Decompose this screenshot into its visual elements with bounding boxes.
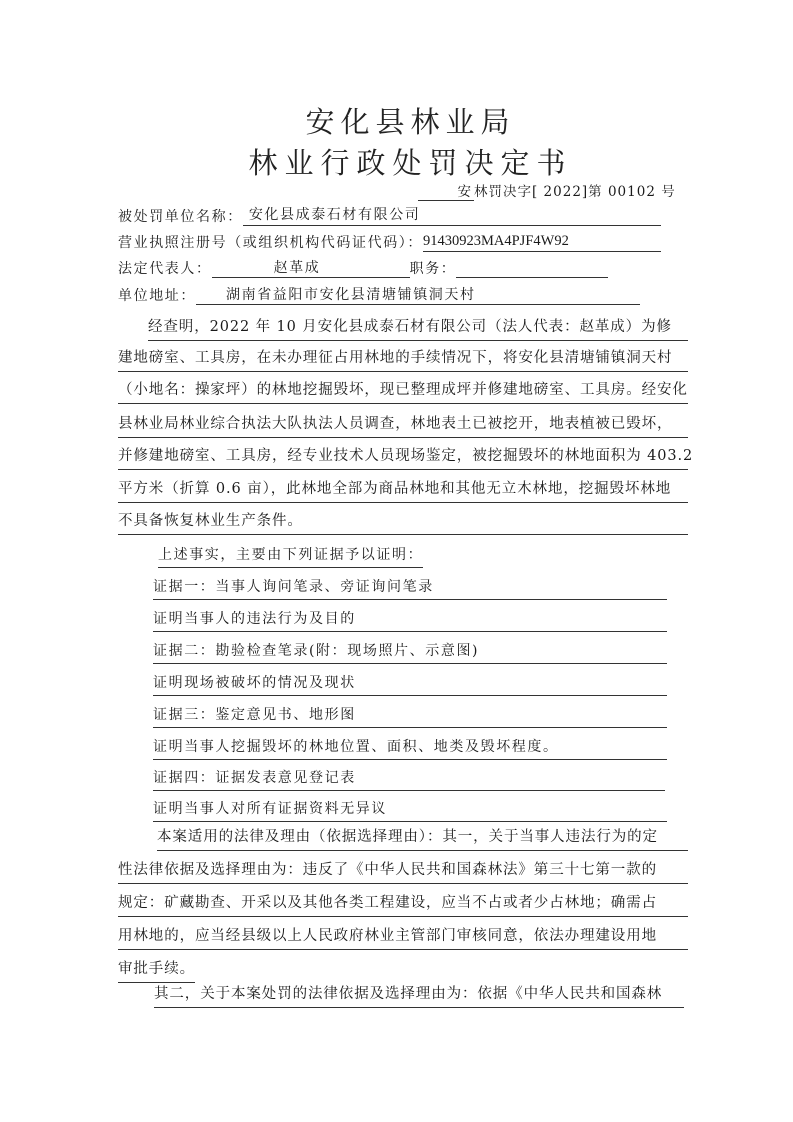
legal-basis-line: 规定：矿藏勘查、开采以及其他各类工程建设，应当不占或者少占林地；确需占 [118, 892, 688, 917]
findings-line: （小地名：操家坪）的林地挖掘毁坏，现已整理成坪并修建地磅室、工具房。经安化 [118, 379, 688, 404]
registration-number-value: 91430923MA4PJF4W92 [423, 232, 661, 252]
penalized-unit-field: 被处罚单位名称： 安化县成泰石材有限公司 [118, 204, 661, 226]
legal-basis-line: 本案适用的法律及理由（依据选择理由）：其一，关于当事人违法行为的定 [157, 826, 688, 851]
address-field: 单位地址： 湖南省益阳市安化县清塘铺镇洞天村 [118, 283, 640, 305]
document-number: 安林罚决字[ 2022]第 00102 号 [418, 180, 676, 201]
registration-number-label: 营业执照注册号（或组织机构代码证代码）： [118, 232, 423, 252]
penalty-decision-page: 安化县林业局 林业行政处罚决定书 安林罚决字[ 2022]第 00102 号 被… [0, 0, 793, 1122]
evidence-item: 证明当事人的违法行为及目的 [153, 609, 667, 632]
evidence-item: 证据四：证据发表意见登记表 [153, 768, 665, 791]
position-value [456, 258, 608, 278]
evidence-item: 证明当事人挖掘毁坏的林地位置、面积、地类及毁坏程度。 [153, 737, 667, 760]
legal-basis-line: 用林地的，应当经县级以上人民政府林业主管部门审核同意，依法办理建设用地 [118, 925, 688, 950]
evidence-item: 证据二：勘验检查笔录(附：现场照片、示意图) [153, 641, 667, 664]
findings-line: 不具备恢复林业生产条件。 [118, 510, 688, 535]
legal-representative-field: 法定代表人： 赵革成 职务： [118, 256, 608, 278]
evidence-item: 证据一：当事人询问笔录、旁证询问笔录 [153, 577, 667, 600]
issuer-heading: 安化县林业局 [14, 100, 793, 141]
evidence-item: 证明现场被破坏的情况及现状 [153, 673, 667, 696]
evidence-item: 证据三：鉴定意见书、地形图 [153, 705, 667, 728]
legal-rep-value: 赵革成 [212, 259, 410, 278]
doc-number-prefix: 安 [418, 180, 474, 201]
legal-rep-label: 法定代表人： [118, 258, 212, 278]
evidence-intro: 上述事实，主要由下列证据予以证明： [158, 545, 423, 568]
legal-basis-line: 审批手续。 [118, 958, 195, 983]
findings-line: 并修建地磅室、工具房，经专业技术人员现场鉴定，被挖掘毁坏的林地面积为 403.2 [118, 445, 688, 470]
findings-line: 县林业局林业综合执法大队执法人员调查，林地表土已被挖开，地表植被已毁坏， [118, 413, 688, 438]
penalized-unit-value: 安化县成泰石材有限公司 [243, 206, 661, 226]
penalized-unit-label: 被处罚单位名称： [118, 206, 243, 226]
findings-line: 经查明，2022 年 10 月安化县成泰石材有限公司（法人代表：赵革成）为修 [148, 316, 688, 341]
address-label: 单位地址： [118, 285, 196, 305]
legal-basis-second: 其二，关于本案处罚的法律依据及选择理由为：依据《中华人民共和国森林 [154, 983, 684, 1008]
position-label: 职务： [410, 258, 457, 278]
registration-number-field: 营业执照注册号（或组织机构代码证代码）： 91430923MA4PJF4W92 [118, 230, 661, 252]
legal-basis-line: 性法律依据及选择理由为：违反了《中华人民共和国森林法》第三十七第一款的 [118, 859, 688, 884]
findings-line: 平方米（折算 0.6 亩），此林地全部为商品林地和其他无立木林地，挖掘毁坏林地 [118, 478, 688, 503]
document-title: 林业行政处罚决定书 [14, 141, 793, 182]
doc-number-text: 林罚决字[ 2022]第 00102 号 [474, 184, 676, 200]
address-value: 湖南省益阳市安化县清塘铺镇洞天村 [196, 286, 640, 305]
findings-line: 建地磅室、工具房，在未办理征占用林地的手续情况下，将安化县清塘铺镇洞天村 [118, 347, 688, 372]
evidence-item: 证明当事人对所有证据资料无异议 [153, 799, 667, 822]
